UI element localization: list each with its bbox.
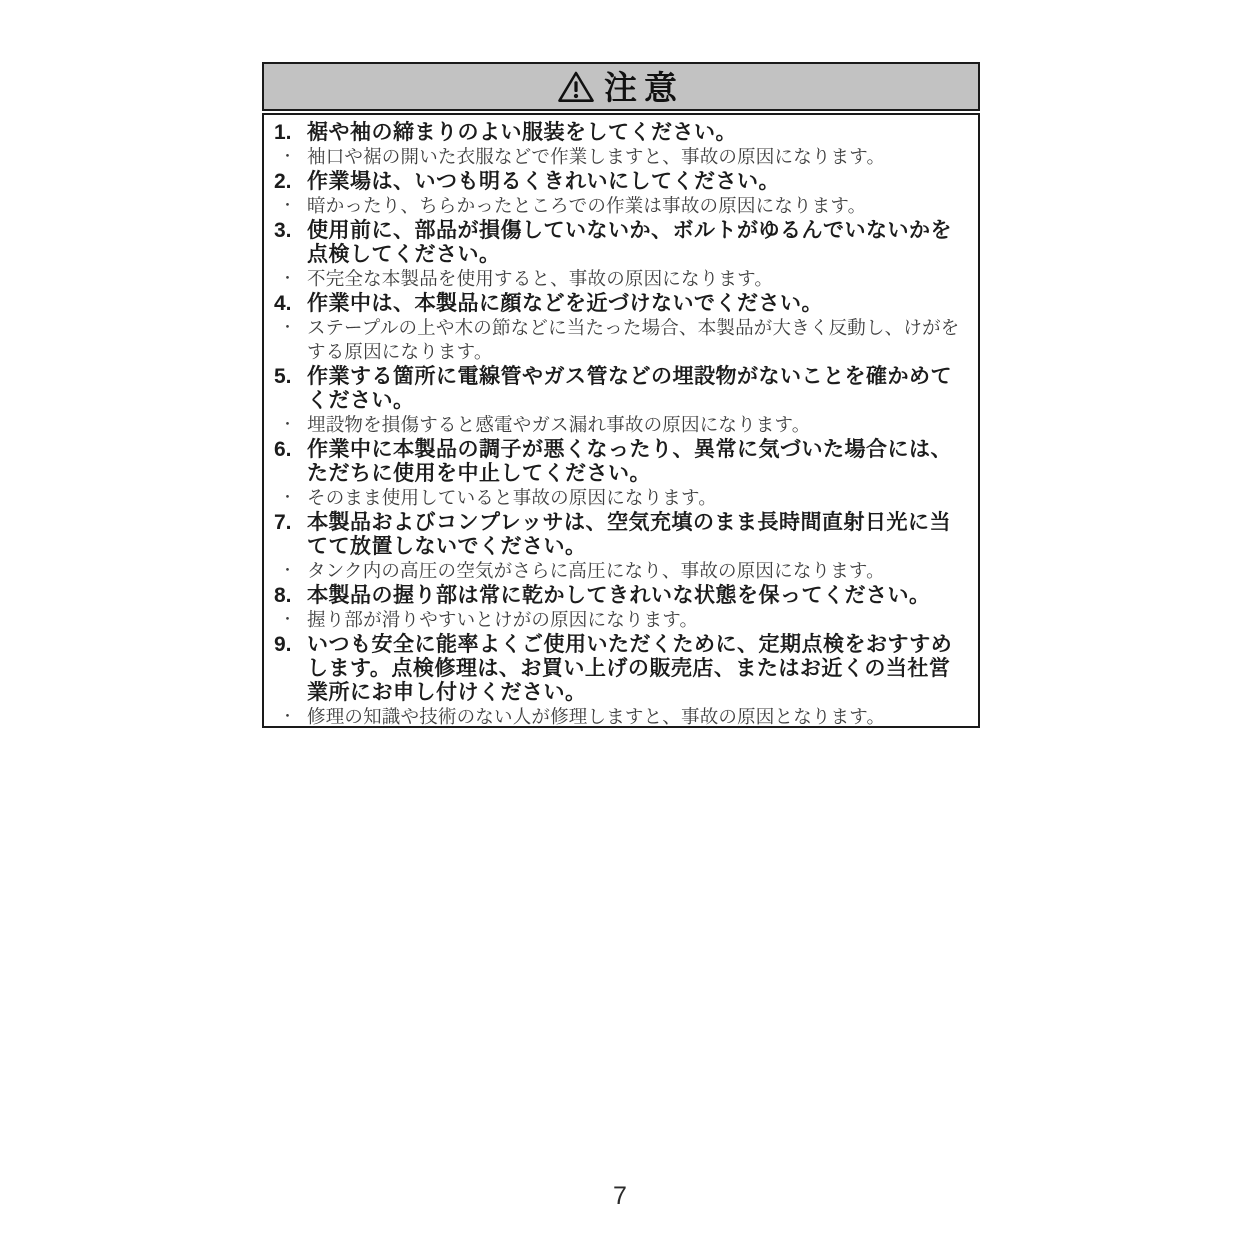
caution-body: 1. 裾や袖の締まりのよい服装をしてください。 ・ 袖口や裾の開いた衣服などで作… (262, 113, 980, 728)
item-number: 2. (274, 169, 307, 194)
item-text: 使用前に、部品が損傷していないか、ボルトがゆるんでいないかを点検してください。 (307, 218, 966, 267)
item-text: 裾や袖の締まりのよい服装をしてください。 (307, 120, 966, 145)
bullet-icon: ・ (274, 194, 307, 218)
note-text: 握り部が滑りやすいとけがの原因になります。 (307, 608, 966, 632)
caution-note: ・ 暗かったり、ちらかったところでの作業は事故の原因になります。 (274, 194, 966, 218)
caution-item: 2. 作業場は、いつも明るくきれいにしてください。 (274, 169, 966, 194)
item-number: 9. (274, 632, 307, 657)
note-text: 不完全な本製品を使用すると、事故の原因になります。 (307, 267, 966, 291)
caution-item: 1. 裾や袖の締まりのよい服装をしてください。 (274, 120, 966, 145)
caution-note: ・ 不完全な本製品を使用すると、事故の原因になります。 (274, 267, 966, 291)
caution-item: 3. 使用前に、部品が損傷していないか、ボルトがゆるんでいないかを点検してくださ… (274, 218, 966, 267)
item-number: 7. (274, 510, 307, 535)
bullet-icon: ・ (274, 608, 307, 632)
item-text: 作業場は、いつも明るくきれいにしてください。 (307, 169, 966, 194)
note-text: タンク内の高圧の空気がさらに高圧になり、事故の原因になります。 (307, 559, 966, 583)
note-text: 暗かったり、ちらかったところでの作業は事故の原因になります。 (307, 194, 966, 218)
caution-item: 8. 本製品の握り部は常に乾かしてきれいな状態を保ってください。 (274, 583, 966, 608)
item-number: 8. (274, 583, 307, 608)
manual-page: 注意 1. 裾や袖の締まりのよい服装をしてください。 ・ 袖口や裾の開いた衣服な… (0, 0, 1240, 1240)
bullet-icon: ・ (274, 145, 307, 169)
bullet-icon: ・ (274, 559, 307, 583)
item-text: 本製品およびコンプレッサは、空気充填のまま長時間直射日光に当てて放置しないでくだ… (307, 510, 966, 559)
bullet-icon: ・ (274, 267, 307, 291)
page-number: 7 (0, 1182, 1240, 1211)
caution-note: ・ 袖口や裾の開いた衣服などで作業しますと、事故の原因になります。 (274, 145, 966, 169)
item-text: 作業中に本製品の調子が悪くなったり、異常に気づいた場合には、ただちに使用を中止し… (307, 437, 966, 486)
item-number: 1. (274, 120, 307, 145)
note-text: 修理の知識や技術のない人が修理しますと、事故の原因となります。 (307, 705, 966, 729)
note-text: 袖口や裾の開いた衣服などで作業しますと、事故の原因になります。 (307, 145, 966, 169)
item-text: いつも安全に能率よくご使用いただくために、定期点検をおすすめします。点検修理は、… (307, 632, 966, 705)
caution-item: 9. いつも安全に能率よくご使用いただくために、定期点検をおすすめします。点検修… (274, 632, 966, 705)
caution-item: 4. 作業中は、本製品に顔などを近づけないでください。 (274, 291, 966, 316)
item-text: 本製品の握り部は常に乾かしてきれいな状態を保ってください。 (307, 583, 966, 608)
warning-triangle-icon (558, 71, 594, 103)
caution-note: ・ 修理の知識や技術のない人が修理しますと、事故の原因となります。 (274, 705, 966, 729)
caution-title: 注意 (604, 69, 684, 104)
caution-item: 5. 作業する箇所に電線管やガス管などの埋設物がないことを確かめてください。 (274, 364, 966, 413)
item-number: 6. (274, 437, 307, 462)
bullet-icon: ・ (274, 486, 307, 510)
caution-section: 注意 1. 裾や袖の締まりのよい服装をしてください。 ・ 袖口や裾の開いた衣服な… (262, 62, 980, 728)
note-text: ステープルの上や木の節などに当たった場合、本製品が大きく反動し、けがをする原因に… (307, 316, 966, 364)
caution-note: ・ 握り部が滑りやすいとけがの原因になります。 (274, 608, 966, 632)
caution-note: ・ 埋設物を損傷すると感電やガス漏れ事故の原因になります。 (274, 413, 966, 437)
item-number: 5. (274, 364, 307, 389)
caution-item: 7. 本製品およびコンプレッサは、空気充填のまま長時間直射日光に当てて放置しない… (274, 510, 966, 559)
bullet-icon: ・ (274, 316, 307, 340)
bullet-icon: ・ (274, 413, 307, 437)
note-text: 埋設物を損傷すると感電やガス漏れ事故の原因になります。 (307, 413, 966, 437)
note-text: そのまま使用していると事故の原因になります。 (307, 486, 966, 510)
item-number: 4. (274, 291, 307, 316)
caution-note: ・ タンク内の高圧の空気がさらに高圧になり、事故の原因になります。 (274, 559, 966, 583)
caution-note: ・ ステープルの上や木の節などに当たった場合、本製品が大きく反動し、けがをする原… (274, 316, 966, 364)
caution-item: 6. 作業中に本製品の調子が悪くなったり、異常に気づいた場合には、ただちに使用を… (274, 437, 966, 486)
caution-note: ・ そのまま使用していると事故の原因になります。 (274, 486, 966, 510)
bullet-icon: ・ (274, 705, 307, 729)
item-text: 作業する箇所に電線管やガス管などの埋設物がないことを確かめてください。 (307, 364, 966, 413)
item-number: 3. (274, 218, 307, 243)
item-text: 作業中は、本製品に顔などを近づけないでください。 (307, 291, 966, 316)
caution-header: 注意 (262, 62, 980, 111)
